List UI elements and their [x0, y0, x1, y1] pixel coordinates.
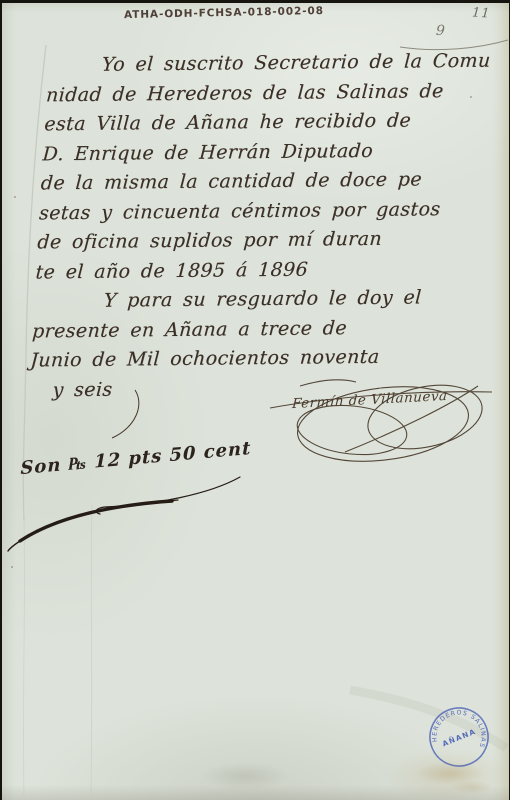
manuscript-line: Yo el suscrito Secretario de la Comu	[101, 49, 509, 83]
manuscript-line: Junio de Mil ochocientos noventa	[29, 345, 491, 379]
foxing-speck	[470, 96, 472, 98]
manuscript-line: nidad de Herederos de las Salinas de	[45, 79, 507, 113]
manuscript-line: te el año de 1895 á 1896	[35, 256, 497, 290]
manuscript-line: setas y cincuenta céntimos por gastos	[38, 197, 500, 231]
page-number: 11	[471, 5, 491, 21]
manuscript-line: esta Villa de Añana he recibido de	[43, 109, 505, 143]
manuscript-line: D. Enrique de Herrán Diputado	[42, 138, 504, 172]
manuscript-line: presente en Añana a trece de	[31, 315, 493, 349]
stamp-center-text: AÑANA	[441, 727, 477, 749]
pencil-numbering: 9	[436, 23, 446, 39]
foxing-speck	[76, 468, 78, 470]
foxing-speck	[14, 196, 16, 198]
manuscript-line: de la misma la cantidad de doce pe	[40, 168, 502, 202]
foxing-speck	[11, 566, 13, 568]
scanned-document: ATHA-ODH-FCHSA-018-002-08 11 9 Yo el sus…	[0, 0, 510, 800]
manuscript-line: Y para su resguardo le doy el	[103, 286, 495, 320]
receipt-body-text: Yo el suscrito Secretario de la Comunida…	[27, 49, 508, 408]
manuscript-line: de oficina suplidos por mí duran	[36, 227, 498, 261]
